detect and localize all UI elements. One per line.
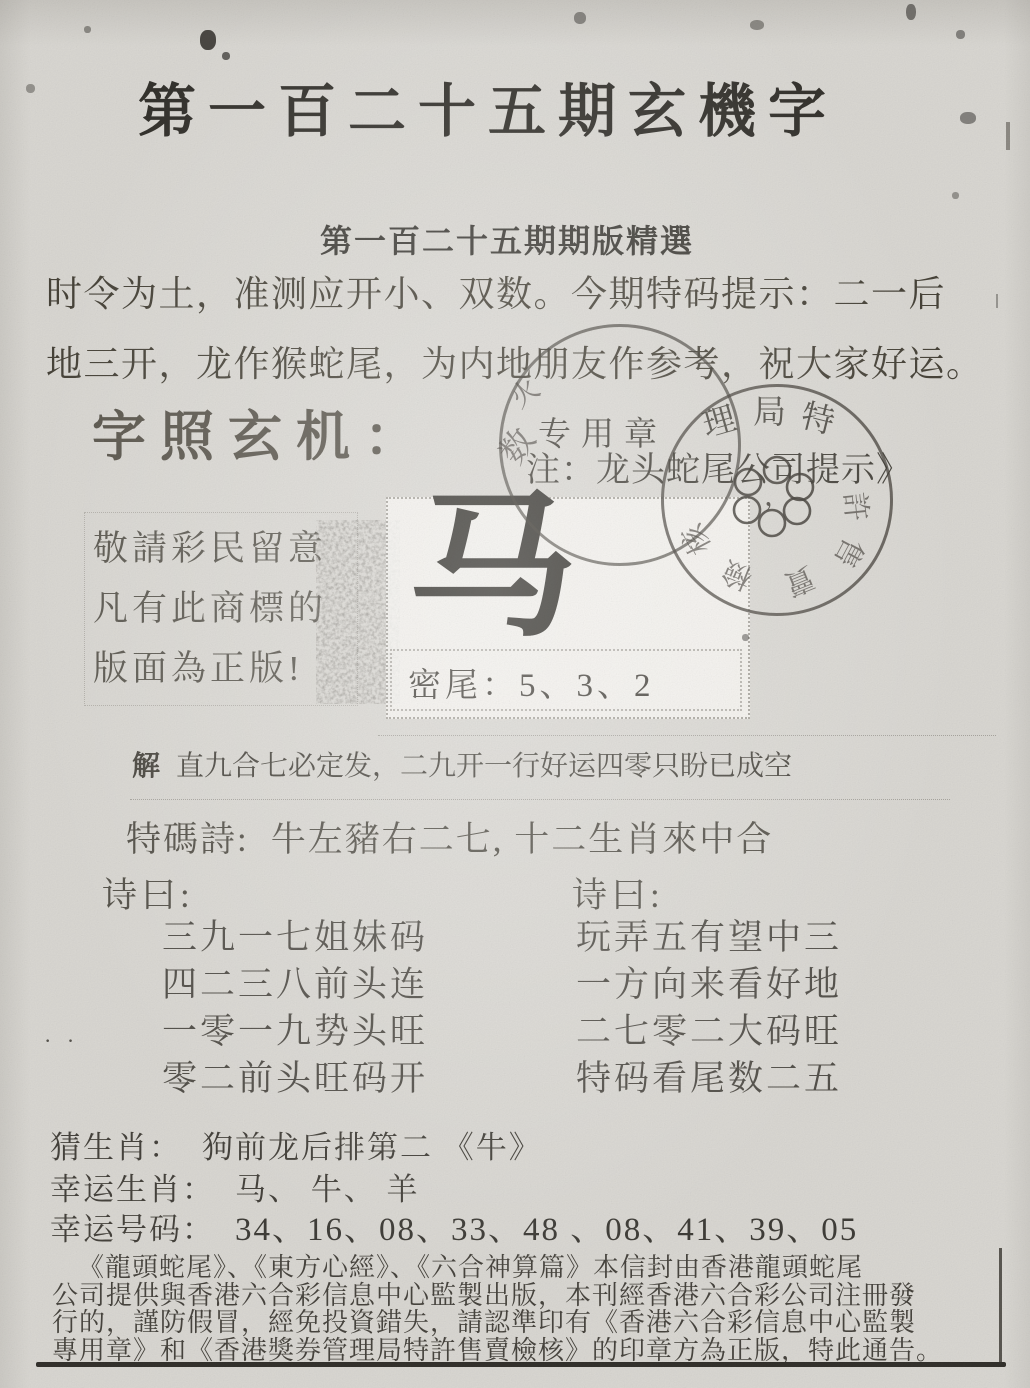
poem-line: 一零一九势头旺 bbox=[162, 1008, 428, 1055]
bottom-border-line bbox=[36, 1362, 1006, 1367]
scan-speck bbox=[750, 20, 764, 30]
solution-line: 解直九合七必定发，二九开一行好运四零只盼已成空 bbox=[132, 744, 792, 784]
poem-line: 三九一七姐妹码 bbox=[162, 914, 428, 961]
edge-tick bbox=[996, 294, 998, 308]
poem-line: 玩弄五有望中三 bbox=[576, 914, 842, 961]
secret-tail-box: 密尾：5、3、2 bbox=[390, 649, 742, 711]
stamp-ball-ring: ， bbox=[732, 455, 816, 539]
footer-line-3: 行的，謹防假冒，經免投資錯失，請認準印有《香港六合彩信息中心監製 bbox=[52, 1309, 1002, 1337]
lucky-numbers-value: 34、16、08、33、48 、08、41、39、05 bbox=[235, 1212, 858, 1248]
solution-label: 解 bbox=[132, 751, 160, 782]
stamp-center-mark: ， bbox=[764, 481, 792, 512]
scan-speck bbox=[960, 112, 976, 124]
intro-line-1: 时令为土，准测应开小、双数。今期特码提示：二一后 bbox=[46, 266, 946, 317]
scan-speck bbox=[906, 4, 916, 20]
poem-header-left: 诗曰: bbox=[102, 868, 194, 918]
stamp-fragment: 許 bbox=[836, 490, 880, 523]
scan-speck bbox=[222, 52, 230, 60]
special-code-poem-label: 特碼詩: bbox=[126, 820, 249, 859]
notice-line-2: 凡有此商標的 bbox=[93, 579, 349, 639]
solution-text: 直九合七必定发，二九开一行好运四零只盼已成空 bbox=[176, 751, 792, 782]
poem-line: 一方向来看好地 bbox=[576, 961, 842, 1008]
special-code-poem-text: 牛左豬右二七, 十二生肖來中合 bbox=[271, 820, 774, 859]
notice-line-1: 敬請彩民留意 bbox=[93, 519, 349, 579]
poem-line: 二七零二大码旺 bbox=[576, 1008, 842, 1055]
lucky-zodiac-value: 马、 牛、 羊 bbox=[235, 1172, 420, 1207]
scan-speck bbox=[952, 192, 959, 199]
footer-paragraph: 《龍頭蛇尾》、《東方心經》、《六合神算篇》本信封由香港龍頭蛇尾 公司提供與香港六… bbox=[52, 1254, 1002, 1364]
poem-header-right: 诗曰: bbox=[572, 868, 664, 918]
scanned-lottery-sheet: 第一百二十五期玄機字 第一百二十五期期版精選 时令为土，准测应开小、双数。今期特… bbox=[0, 0, 1030, 1388]
stamp-arc-char: 局 bbox=[753, 386, 786, 433]
poem-line: 特码看尾数二五 bbox=[576, 1055, 842, 1102]
poem-line: 零二前头旺码开 bbox=[162, 1055, 428, 1102]
zodiac-guess-line: 猜生肖：狗前龙后排第二 《牛》 bbox=[50, 1122, 542, 1167]
special-code-poem: 特碼詩:牛左豬右二七, 十二生肖來中合 bbox=[126, 812, 773, 862]
margin-dots: · · bbox=[44, 1028, 79, 1054]
scan-speck bbox=[742, 634, 749, 641]
dotted-rule bbox=[130, 799, 950, 800]
scan-speck bbox=[574, 12, 586, 24]
page-subtitle: 第一百二十五期期版精選 bbox=[320, 216, 694, 262]
mystery-hint-label: 字照玄机： bbox=[92, 394, 432, 471]
zodiac-guess-value: 狗前龙后排第二 《牛》 bbox=[202, 1130, 542, 1165]
footer-line-1: 《龍頭蛇尾》、《東方心經》、《六合神算篇》本信封由香港龍頭蛇尾 bbox=[52, 1254, 1002, 1282]
dotted-rule bbox=[378, 735, 996, 736]
zodiac-guess-label: 猜生肖： bbox=[50, 1130, 182, 1165]
poem-column-right: 玩弄五有望中三 一方向来看好地 二七零二大码旺 特码看尾数二五 bbox=[576, 914, 842, 1102]
scan-speck bbox=[84, 26, 91, 33]
footer-line-4: 專用章》和《香港獎券管理局特許售賣檢核》的印章方為正版，特此通告。 bbox=[52, 1337, 1002, 1365]
edge-tick bbox=[1006, 122, 1010, 150]
scan-speck bbox=[200, 30, 216, 50]
poem-column-left: 三九一七姐妹码 四二三八前头连 一零一九势头旺 零二前头旺码开 bbox=[162, 914, 428, 1102]
lucky-numbers-label: 幸运号码： bbox=[50, 1212, 215, 1247]
page-title: 第一百二十五期玄機字 bbox=[138, 64, 868, 148]
secret-tail-numbers: 密尾：5、3、2 bbox=[408, 659, 655, 706]
right-border-line bbox=[999, 1248, 1002, 1366]
scan-speck bbox=[26, 84, 35, 93]
stamp-note-line: 注：龙头蛇尾公司提示》 bbox=[526, 442, 911, 491]
footer-line-2: 公司提供與香港六合彩信息中心監製出版，本刊經香港六合彩公司注冊發 bbox=[52, 1282, 1002, 1310]
notice-line-3: 版面為正版! bbox=[93, 639, 349, 699]
lucky-numbers-line: 幸运号码：34、16、08、33、48 、08、41、39、05 bbox=[50, 1203, 858, 1250]
lucky-zodiac-label: 幸运生肖： bbox=[50, 1172, 215, 1207]
poem-line: 四二三八前头连 bbox=[162, 961, 428, 1008]
scan-speck bbox=[956, 30, 965, 39]
